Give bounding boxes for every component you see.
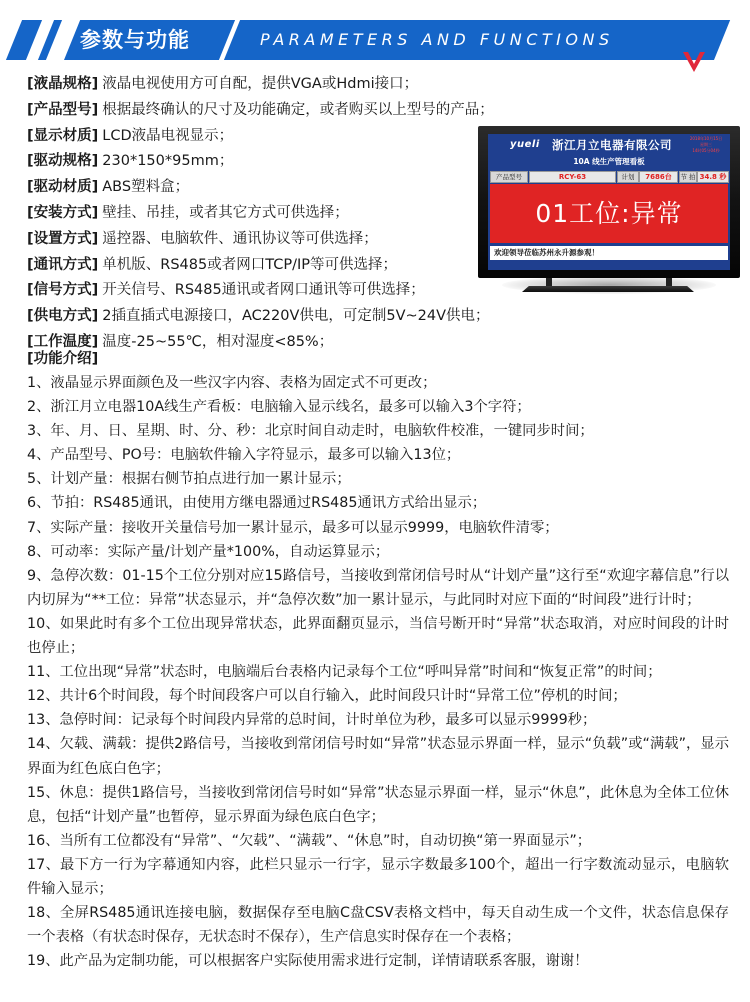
spec-row: [驱动材质]ABS塑料盒； [27, 175, 487, 201]
board-subtitle: 10A 线生产管理看板 [488, 156, 730, 167]
spec-row: [通讯方式]单机版、RS485或者网口TCP/IP等可供选择； [27, 253, 487, 279]
spec-key: [驱动规格] [27, 153, 98, 169]
function-item: 12、共计6个时间段，每个时间段客户可以自行输入，此时间段只计时“异常工位”停机… [27, 684, 729, 708]
plan-value: 7686台 [639, 171, 678, 183]
tv-stand-base [522, 286, 694, 292]
spec-value: ABS塑料盒； [102, 179, 189, 195]
functions-heading: [功能介绍] [27, 347, 98, 371]
function-item: 4、产品型号、PO号：电脑软件输入字符显示，最多可以输入13位； [27, 443, 729, 467]
function-item: 17、最下方一行为字幕通知内容，此栏只显示一行字，显示字数最多100个，超出一行… [27, 853, 729, 901]
spec-key: [供电方式] [27, 308, 98, 324]
spec-value: 液晶电视使用方可自配，提供VGA或Hdmi接口； [102, 76, 418, 92]
function-item: 13、急停时间：记录每个时间段内异常的总时间，计时单位为秒，最多可以显示9999… [27, 708, 729, 732]
spec-key: [产品型号] [27, 102, 98, 118]
spec-key: [安装方式] [27, 205, 98, 221]
screen-info-row: 产品型号 RCY-63 计划 7686台 节 拍 34.8 秒 [490, 171, 728, 182]
spec-value: 遥控器、电脑软件、通讯协议等可供选择； [102, 231, 378, 247]
section-title-cn: 参数与功能 [80, 21, 190, 59]
time-line: 14时05分04秒 [684, 148, 728, 154]
spec-key: [信号方式] [27, 282, 98, 298]
plan-label: 计划 [617, 171, 639, 183]
takt-label: 节 拍 [679, 171, 697, 183]
function-item: 9、急停次数：01-15个工位分别对应15路信号，当接收到常闭信号时从“计划产量… [27, 564, 729, 612]
function-item: 18、全屏RS485通讯连接电脑，数据保存至电脑C盘CSV表格文档中，每天自动生… [27, 901, 729, 949]
spec-value: 2插直插式电源接口，AC220V供电，可定制5V~24V供电； [102, 308, 489, 324]
spec-row: [液晶规格]液晶电视使用方可自配，提供VGA或Hdmi接口； [27, 72, 487, 98]
spec-row: [设置方式]遥控器、电脑软件、通讯协议等可供选择； [27, 227, 487, 253]
spec-row: [信号方式]开关信号、RS485通讯或者网口通讯等可供选择； [27, 278, 487, 304]
function-item: 16、当所有工位都没有“异常”、“欠载”、“满载”、“休息”时，自动切换“第一界… [27, 829, 729, 853]
function-item: 5、计划产量：根据右侧节拍点进行加一累计显示； [27, 467, 729, 491]
datetime-display: 2018年10月15日 星期三 14时05分04秒 [684, 136, 728, 154]
function-item: 15、休息：提供1路信号，当接收到常闭信号时如“异常”状态显示界面一样，显示“休… [27, 781, 729, 829]
company-name: 浙江月立电器有限公司 [552, 137, 672, 153]
function-list: 1、液晶显示界面颜色及一些汉字内容、表格为固定式不可更改； 2、浙江月立电器10… [27, 371, 729, 973]
spec-key: [液晶规格] [27, 76, 98, 92]
decorative-stripe [6, 20, 42, 60]
tv-screen: yueli 浙江月立电器有限公司 2018年10月15日 星期三 14时05分0… [488, 134, 730, 270]
spec-key: [通讯方式] [27, 257, 98, 273]
decorative-stripe [38, 20, 62, 60]
brand-logo: yueli [510, 139, 540, 150]
tv-bezel: yueli 浙江月立电器有限公司 2018年10月15日 星期三 14时05分0… [478, 126, 740, 278]
spec-value: 230*150*95mm； [102, 153, 233, 169]
function-item: 6、节拍：RS485通讯，由使用方继电器通过RS485通讯方式给出显示； [27, 491, 729, 515]
spec-row: [显示材质]LCD液晶电视显示； [27, 124, 487, 150]
product-label: 产品型号 [490, 171, 528, 183]
function-item: 3、年、月、日、星期、时、分、秒：北京时间自动走时，电脑软件校准，一键同步时间； [27, 419, 729, 443]
spec-value: 单机版、RS485或者网口TCP/IP等可供选择； [102, 257, 397, 273]
spec-list: [液晶规格]液晶电视使用方可自配，提供VGA或Hdmi接口； [产品型号]根据最… [27, 72, 487, 356]
alarm-panel: 01工位:异常 [490, 184, 728, 243]
function-item: 2、浙江月立电器10A线生产看板：电脑输入显示线名，最多可以输入3个字符； [27, 395, 729, 419]
product-value: RCY-63 [529, 171, 616, 183]
function-item: 19、此产品为定制功能，可以根据客户实际使用需求进行定制，详情请联系客服，谢谢！ [27, 949, 729, 973]
spec-value: LCD液晶电视显示； [102, 128, 233, 144]
function-item: 7、实际产量：接收开关量信号加一累计显示，最多可以显示9999，电脑软件清零； [27, 516, 729, 540]
spec-value: 温度-25~55℃，相对湿度<85%； [102, 334, 333, 350]
section-title-en: PARAMETERS AND FUNCTIONS [260, 21, 614, 59]
spec-key: [驱动材质] [27, 179, 98, 195]
tv-product-image: yueli 浙江月立电器有限公司 2018年10月15日 星期三 14时05分0… [478, 126, 740, 301]
section-banner: 参数与功能 PARAMETERS AND FUNCTIONS [0, 0, 750, 80]
screen-header: yueli 浙江月立电器有限公司 2018年10月15日 星期三 14时05分0… [488, 134, 730, 172]
spec-row: [产品型号]根据最终确认的尺寸及功能确定，或者购买以上型号的产品； [27, 98, 487, 124]
function-item: 11、工位出现“异常”状态时，电脑端后台表格内记录每个工位“呼叫异常”时间和“恢… [27, 660, 729, 684]
spec-key: [设置方式] [27, 231, 98, 247]
spec-row: [驱动规格]230*150*95mm； [27, 149, 487, 175]
chevron-down-icon [683, 50, 705, 72]
function-item: 10、如果此时有多个工位出现异常状态，此界面翻页显示，当信号断开时“异常”状态取… [27, 612, 729, 660]
function-item: 1、液晶显示界面颜色及一些汉字内容、表格为固定式不可更改； [27, 371, 729, 395]
spec-value: 开关信号、RS485通讯或者网口通讯等可供选择； [102, 282, 424, 298]
spec-value: 壁挂、吊挂，或者其它方式可供选择； [102, 205, 349, 221]
spec-row: [安装方式]壁挂、吊挂，或者其它方式可供选择； [27, 201, 487, 227]
ticker-bar: 欢迎领导莅临苏州永升源参观！ [490, 246, 728, 260]
takt-value: 34.8 秒 [697, 171, 729, 183]
function-item: 8、可动率：实际产量/计划产量*100%，自动运算显示； [27, 540, 729, 564]
spec-value: 根据最终确认的尺寸及功能确定，或者购买以上型号的产品； [102, 102, 494, 118]
spec-row: [供电方式]2插直插式电源接口，AC220V供电，可定制5V~24V供电； [27, 304, 487, 330]
spec-key: [显示材质] [27, 128, 98, 144]
function-item: 14、欠载、满载：提供2路信号，当接收到常闭信号时如“异常”状态显示界面一样，显… [27, 732, 729, 780]
